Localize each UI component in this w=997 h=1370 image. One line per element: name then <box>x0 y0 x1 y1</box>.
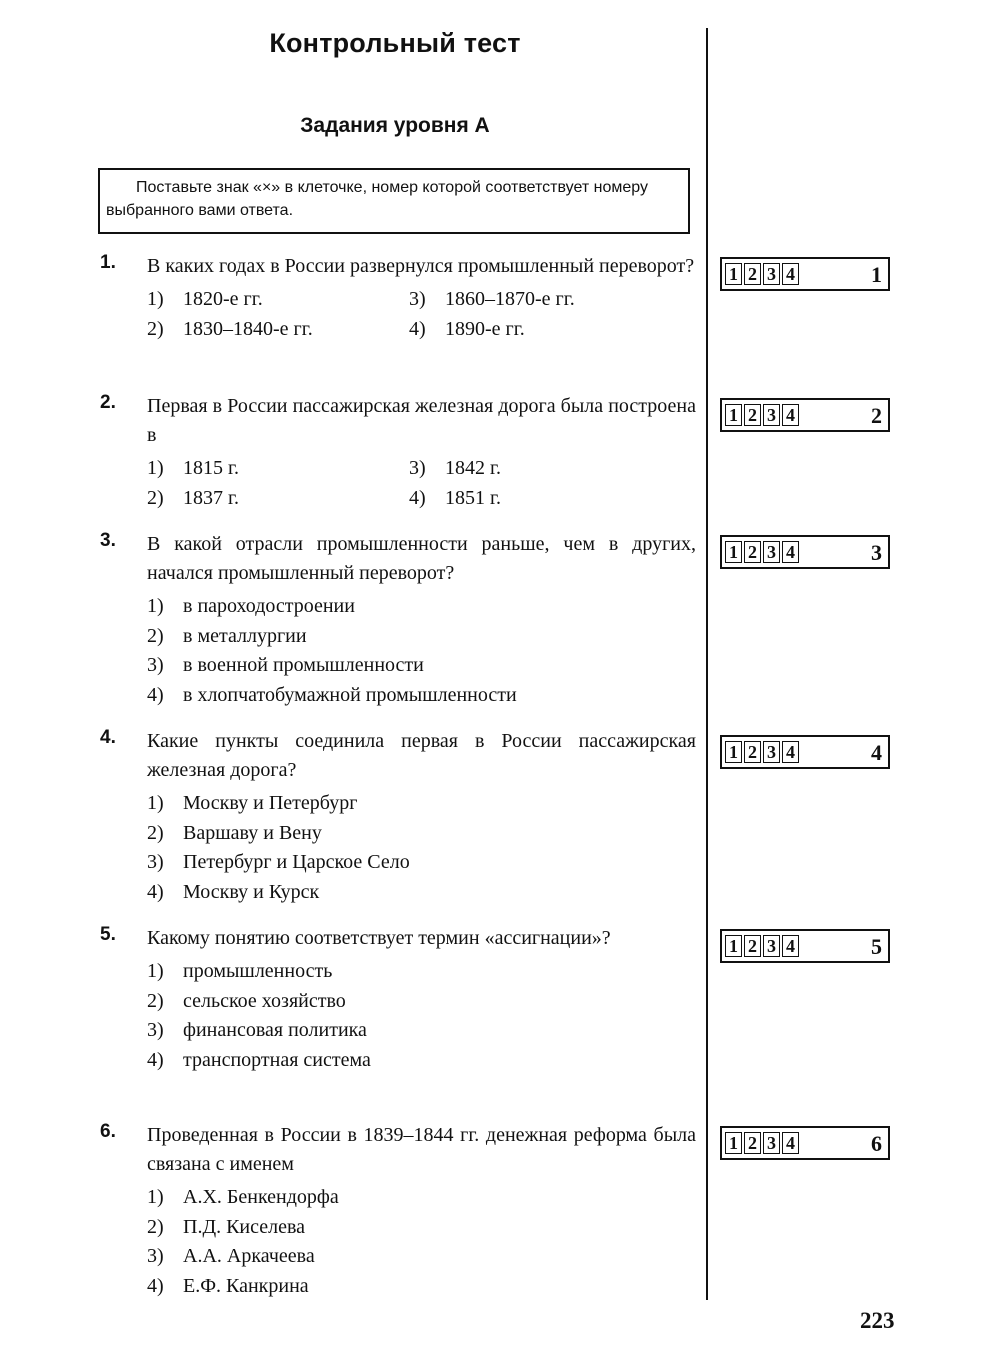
option-2: 2)Варшаву и Вену <box>147 819 696 849</box>
question-text: Какие пункты соединила первая в России п… <box>147 727 696 785</box>
answer-cell-4[interactable]: 4 <box>782 404 799 426</box>
option-3: 3)А.А. Аркачеева <box>147 1242 696 1272</box>
options: 1)А.Х. Бенкендорфа 2)П.Д. Киселева 3)А.А… <box>147 1183 696 1301</box>
options: 1)1815 г. 3)1842 г. 2)1837 г. 4)1851 г. <box>147 454 696 513</box>
answer-cell-3[interactable]: 3 <box>763 935 780 957</box>
question-text: В каких годах в России развернулся промы… <box>147 252 696 281</box>
option-3: 3)1860–1870-е гг. <box>409 285 669 315</box>
option-1: 1)1820-е гг. <box>147 285 409 315</box>
question-1: 1. В каких годах в России развернулся пр… <box>100 252 696 344</box>
question-3: 3. В какой отрасли промышленности раньше… <box>100 530 696 710</box>
answer-box-3: 1 2 3 4 3 <box>720 535 890 569</box>
question-text: Проведенная в России в 1839–1844 гг. ден… <box>147 1121 696 1179</box>
option-4: 4)в хлопчатобумажной промышленности <box>147 681 696 711</box>
answer-cell-3[interactable]: 3 <box>763 741 780 763</box>
answer-cell-1[interactable]: 1 <box>725 1132 742 1154</box>
question-6: 6. Проведенная в России в 1839–1844 гг. … <box>100 1121 696 1301</box>
option-2: 2)1837 г. <box>147 484 409 514</box>
question-number: 2. <box>100 392 116 414</box>
question-number: 6. <box>100 1121 116 1143</box>
answer-cell-3[interactable]: 3 <box>763 404 780 426</box>
answer-cell-1[interactable]: 1 <box>725 263 742 285</box>
answer-cell-1[interactable]: 1 <box>725 404 742 426</box>
option-3: 3)Петербург и Царское Село <box>147 848 696 878</box>
option-4: 4)Москву и Курск <box>147 878 696 908</box>
answer-cell-4[interactable]: 4 <box>782 935 799 957</box>
option-1: 1)1815 г. <box>147 454 409 484</box>
option-3: 3)1842 г. <box>409 454 669 484</box>
answer-cell-1[interactable]: 1 <box>725 741 742 763</box>
option-1: 1)Москву и Петербург <box>147 789 696 819</box>
answer-cell-4[interactable]: 4 <box>782 741 799 763</box>
question-2: 2. Первая в России пассажирская железная… <box>100 392 696 513</box>
question-number: 1. <box>100 252 116 274</box>
options: 1)1820-е гг. 3)1860–1870-е гг. 2)1830–18… <box>147 285 696 344</box>
answer-cell-3[interactable]: 3 <box>763 541 780 563</box>
page-number: 223 <box>860 1308 895 1334</box>
question-text: Какому понятию соответствует термин «асс… <box>147 924 696 953</box>
options: 1)Москву и Петербург 2)Варшаву и Вену 3)… <box>147 789 696 907</box>
answer-cell-3[interactable]: 3 <box>763 1132 780 1154</box>
option-3: 3)финансовая политика <box>147 1016 696 1046</box>
answer-box-label: 3 <box>871 540 882 566</box>
column-divider <box>706 28 708 1300</box>
question-text: Первая в России пассажирская железная до… <box>147 392 696 450</box>
option-1: 1)промышленность <box>147 957 696 987</box>
answer-cell-3[interactable]: 3 <box>763 263 780 285</box>
answer-box-label: 4 <box>871 740 882 766</box>
question-number: 5. <box>100 924 116 946</box>
question-number: 3. <box>100 530 116 552</box>
answer-cell-2[interactable]: 2 <box>744 935 761 957</box>
answer-cell-4[interactable]: 4 <box>782 541 799 563</box>
answer-box-2: 1 2 3 4 2 <box>720 398 890 432</box>
instruction-box: Поставьте знак «×» в клеточке, номер кот… <box>98 168 690 234</box>
instruction-text: Поставьте знак «×» в клеточке, номер кот… <box>106 176 682 222</box>
option-2: 2)в металлургии <box>147 622 696 652</box>
question-5: 5. Какому понятию соответствует термин «… <box>100 924 696 1075</box>
question-text: В какой отрасли промышленности раньше, ч… <box>147 530 696 588</box>
answer-cell-2[interactable]: 2 <box>744 1132 761 1154</box>
option-4: 4)Е.Ф. Канкрина <box>147 1272 696 1302</box>
option-3: 3)в военной промышленности <box>147 651 696 681</box>
answer-box-label: 1 <box>871 262 882 288</box>
answer-cell-1[interactable]: 1 <box>725 935 742 957</box>
section-subtitle: Задания уровня А <box>95 114 695 138</box>
answer-box-6: 1 2 3 4 6 <box>720 1126 890 1160</box>
page-title: Контрольный тест <box>95 28 695 59</box>
answer-box-label: 2 <box>871 403 882 429</box>
answer-cell-1[interactable]: 1 <box>725 541 742 563</box>
answer-box-5: 1 2 3 4 5 <box>720 929 890 963</box>
options: 1)в пароходостроении 2)в металлургии 3)в… <box>147 592 696 710</box>
answer-cell-4[interactable]: 4 <box>782 263 799 285</box>
answer-box-4: 1 2 3 4 4 <box>720 735 890 769</box>
answer-cell-4[interactable]: 4 <box>782 1132 799 1154</box>
answer-cell-2[interactable]: 2 <box>744 741 761 763</box>
question-4: 4. Какие пункты соединила первая в Росси… <box>100 727 696 907</box>
option-1: 1)А.Х. Бенкендорфа <box>147 1183 696 1213</box>
option-4: 4)транспортная система <box>147 1046 696 1076</box>
answer-cell-2[interactable]: 2 <box>744 541 761 563</box>
question-number: 4. <box>100 727 116 749</box>
answer-cell-2[interactable]: 2 <box>744 263 761 285</box>
option-2: 2)П.Д. Киселева <box>147 1213 696 1243</box>
option-4: 4)1890-е гг. <box>409 315 669 345</box>
answer-box-label: 6 <box>871 1131 882 1157</box>
option-1: 1)в пароходостроении <box>147 592 696 622</box>
option-2: 2)сельское хозяйство <box>147 987 696 1017</box>
answer-box-1: 1 2 3 4 1 <box>720 257 890 291</box>
option-2: 2)1830–1840-е гг. <box>147 315 409 345</box>
answer-cell-2[interactable]: 2 <box>744 404 761 426</box>
option-4: 4)1851 г. <box>409 484 669 514</box>
answer-box-label: 5 <box>871 934 882 960</box>
options: 1)промышленность 2)сельское хозяйство 3)… <box>147 957 696 1075</box>
